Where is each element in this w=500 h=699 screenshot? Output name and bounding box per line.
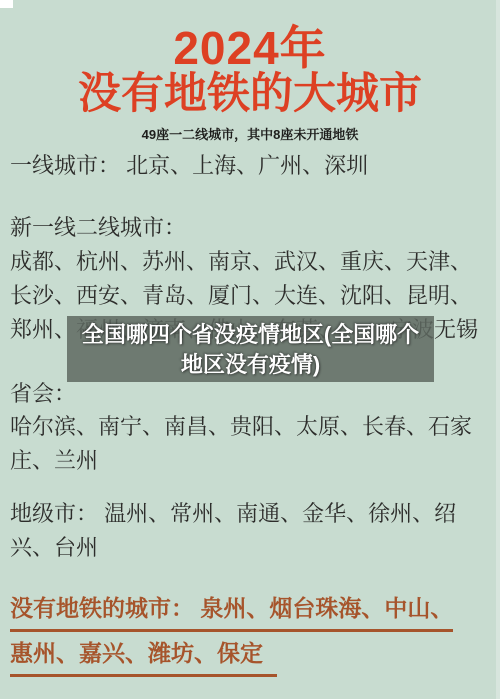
capitals-line-1: 哈尔滨、南宁、南昌、贵阳、太原、长春、石家 (10, 410, 472, 444)
no-metro-line-1: 没有地铁的城市： 泉州、烟台珠海、中山、 (10, 589, 453, 634)
infographic-poster: 2024年 没有地铁的大城市 49座一二线城市，其中8座未开通地铁 一线城市： … (0, 0, 500, 699)
capitals-line-2: 庄、兰州 (10, 444, 472, 478)
first-tier-cities-line: 一线城市： 北京、上海、广州、深圳 (10, 149, 368, 183)
prefecture-line-2: 兴、台州 (10, 531, 456, 565)
prefecture-line-1: 地级市： 温州、常州、南通、金华、徐州、绍 (10, 497, 456, 531)
corner-notch (0, 0, 13, 8)
capitals-city-list: 哈尔滨、南宁、南昌、贵阳、太原、长春、石家 庄、兰州 (10, 410, 472, 478)
watermark-line-1: 全国哪四个省没疫情地区(全国哪个 (67, 320, 434, 350)
poster-title-main: 没有地铁的大城市 (0, 60, 500, 121)
new-tier-heading: 新一线二线城市： (10, 211, 186, 245)
capitals-heading: 省会： (10, 377, 76, 411)
watermark-line-2: 地区没有疫情) (67, 350, 434, 380)
new-tier-line-2: 长沙、西安、青岛、厦门、大连、沈阳、昆明、 (10, 279, 472, 313)
no-metro-line-2: 惠州、嘉兴、潍坊、保定 (10, 634, 453, 679)
new-tier-line-1: 成都、杭州、苏州、南京、武汉、重庆、天津、 (10, 245, 472, 279)
poster-subtitle: 49座一二线城市，其中8座未开通地铁 (0, 124, 500, 143)
no-metro-city-list: 没有地铁的城市： 泉州、烟台珠海、中山、 惠州、嘉兴、潍坊、保定 (10, 589, 453, 679)
prefecture-city-list: 地级市： 温州、常州、南通、金华、徐州、绍 兴、台州 (10, 497, 456, 565)
watermark-title-overlay: 全国哪四个省没疫情地区(全国哪个 地区没有疫情) (67, 316, 434, 382)
